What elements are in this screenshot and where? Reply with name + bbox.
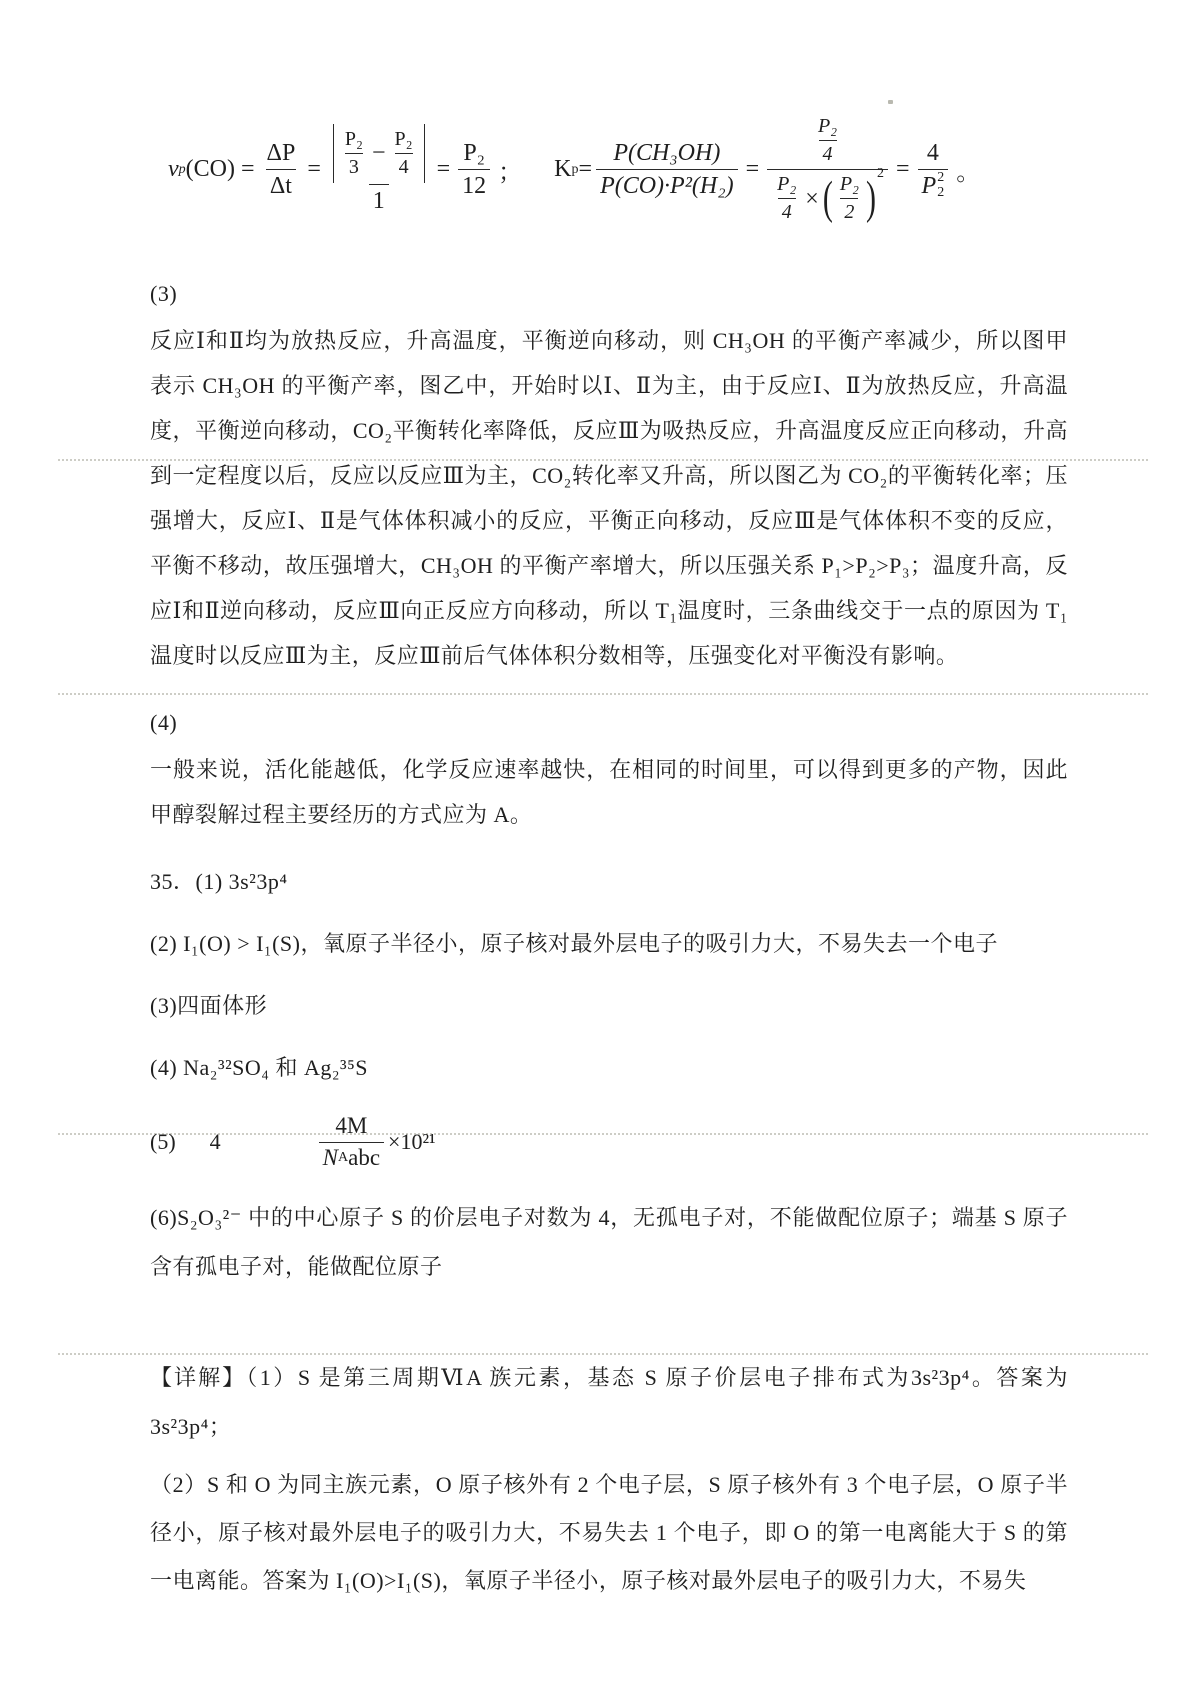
squared-exponent: 2 [877, 165, 884, 183]
answer-35-6: (6)S₂O₃²⁻ 中的中心原子 S 的价层电子对数为 4，无孤电子对，不能做配… [150, 1193, 1068, 1291]
kp-symbol: Kp= [554, 156, 592, 183]
question-number: 35． [150, 869, 196, 894]
semicolon: ； [498, 152, 522, 187]
p2-over-2-fraction: P₂ 2 [836, 171, 863, 226]
answer-35-5-first-blank: 4 [210, 1129, 221, 1155]
section-3-label: (3) [150, 271, 1068, 316]
left-paren: ( [823, 169, 833, 227]
detail-label: 【详解】 [150, 1365, 246, 1390]
p2-over-4-fraction: P₂ 4 [391, 126, 417, 181]
p2-over-4-fraction: P₂ 4 [814, 113, 841, 168]
times-sign: × [805, 184, 819, 214]
minus-sign: − [372, 138, 386, 168]
kp-definition-fraction: P(CH₃OH) P(CO)·P²(H₂) [596, 137, 738, 202]
avogadro-symbol: N [323, 1144, 338, 1173]
section-4-label: (4) [150, 700, 1068, 745]
answer-35-5-label: (5) [150, 1129, 176, 1155]
equals-sign: = [241, 156, 255, 183]
answer-35-3: (3)四面体形 [150, 983, 1068, 1029]
rate-symbol: v [168, 156, 179, 183]
full-stop: 。 [956, 152, 980, 187]
answer-35-1-text: (1) 3s²3p⁴ [196, 869, 288, 894]
rate-symbol-subscript: p [179, 162, 186, 178]
p2-over-3-fraction: P₂ 3 [341, 126, 367, 181]
detail-explanation-2: （2）S 和 O 为同主族元素，O 原子核外有 2 个电子层，S 原子核外有 3… [150, 1461, 1068, 1605]
absolute-value-bars: P₂ 3 − P₂ 4 [333, 124, 425, 183]
answer-35-2: (2) I₁(O) > I₁(S)，氧原子半径小，原子核对最外层电子的吸引力大，… [150, 921, 1068, 967]
section-4-explanation: 一般来说，活化能越低，化学反应速率越快，在相同的时间里，可以得到更多的产物，因此… [150, 747, 1068, 837]
answer-35-5-fraction: 4M NAabc [319, 1111, 384, 1174]
equals-sign: = [746, 156, 760, 183]
kp-substituted-fraction: P₂ 4 P₂ 4 × ( P₂ 2 ) 2 [767, 112, 888, 227]
answer-35-5-multiplier: ×10²¹ [388, 1129, 436, 1155]
detail-explanation-1: 【详解】（1）S 是第三周期ⅥA 族元素，基态 S 原子价层电子排布式为3s²3… [150, 1353, 1068, 1451]
kp-result-fraction: 4 P 2 2 [918, 137, 949, 202]
p2-over-4-fraction: P₂ 4 [773, 171, 800, 226]
equals-sign: = [307, 156, 321, 183]
answer-35-5: (5) 4 4M NAabc ×10²¹ [150, 1105, 1068, 1179]
detail-1-text: （1）S 是第三周期ⅥA 族元素，基态 S 原子价层电子排布式为3s²3p⁴。答… [150, 1365, 1068, 1439]
document-page: vp(CO) = ΔP Δt = P₂ 3 − P₂ [0, 0, 1200, 1698]
equals-sign: = [896, 156, 910, 183]
rate-and-kp-formula: vp(CO) = ΔP Δt = P₂ 3 − P₂ [168, 112, 1068, 227]
equals-sign: = [437, 156, 451, 183]
answer-35-1: 35．(1) 3s²3p⁴ [150, 859, 1068, 905]
right-paren: ) [866, 169, 876, 227]
delta-p-over-delta-t-fraction: ΔP Δt [263, 137, 300, 202]
p-sub-sup-stack: 2 2 [937, 171, 944, 200]
p2-over-12-fraction: P₂ 12 [458, 137, 490, 202]
p-symbol: P [922, 171, 937, 201]
answer-35-4: (4) Na₂³²SO₄ 和 Ag₂³⁵S [150, 1045, 1068, 1091]
abs-difference-fraction: P₂ 3 − P₂ 4 1 [329, 123, 429, 217]
section-3-explanation: 反应Ⅰ和Ⅱ均为放热反应，升高温度，平衡逆向移动，则 CH₃OH 的平衡产率减少，… [150, 318, 1068, 678]
rate-argument: (CO) [186, 156, 235, 183]
